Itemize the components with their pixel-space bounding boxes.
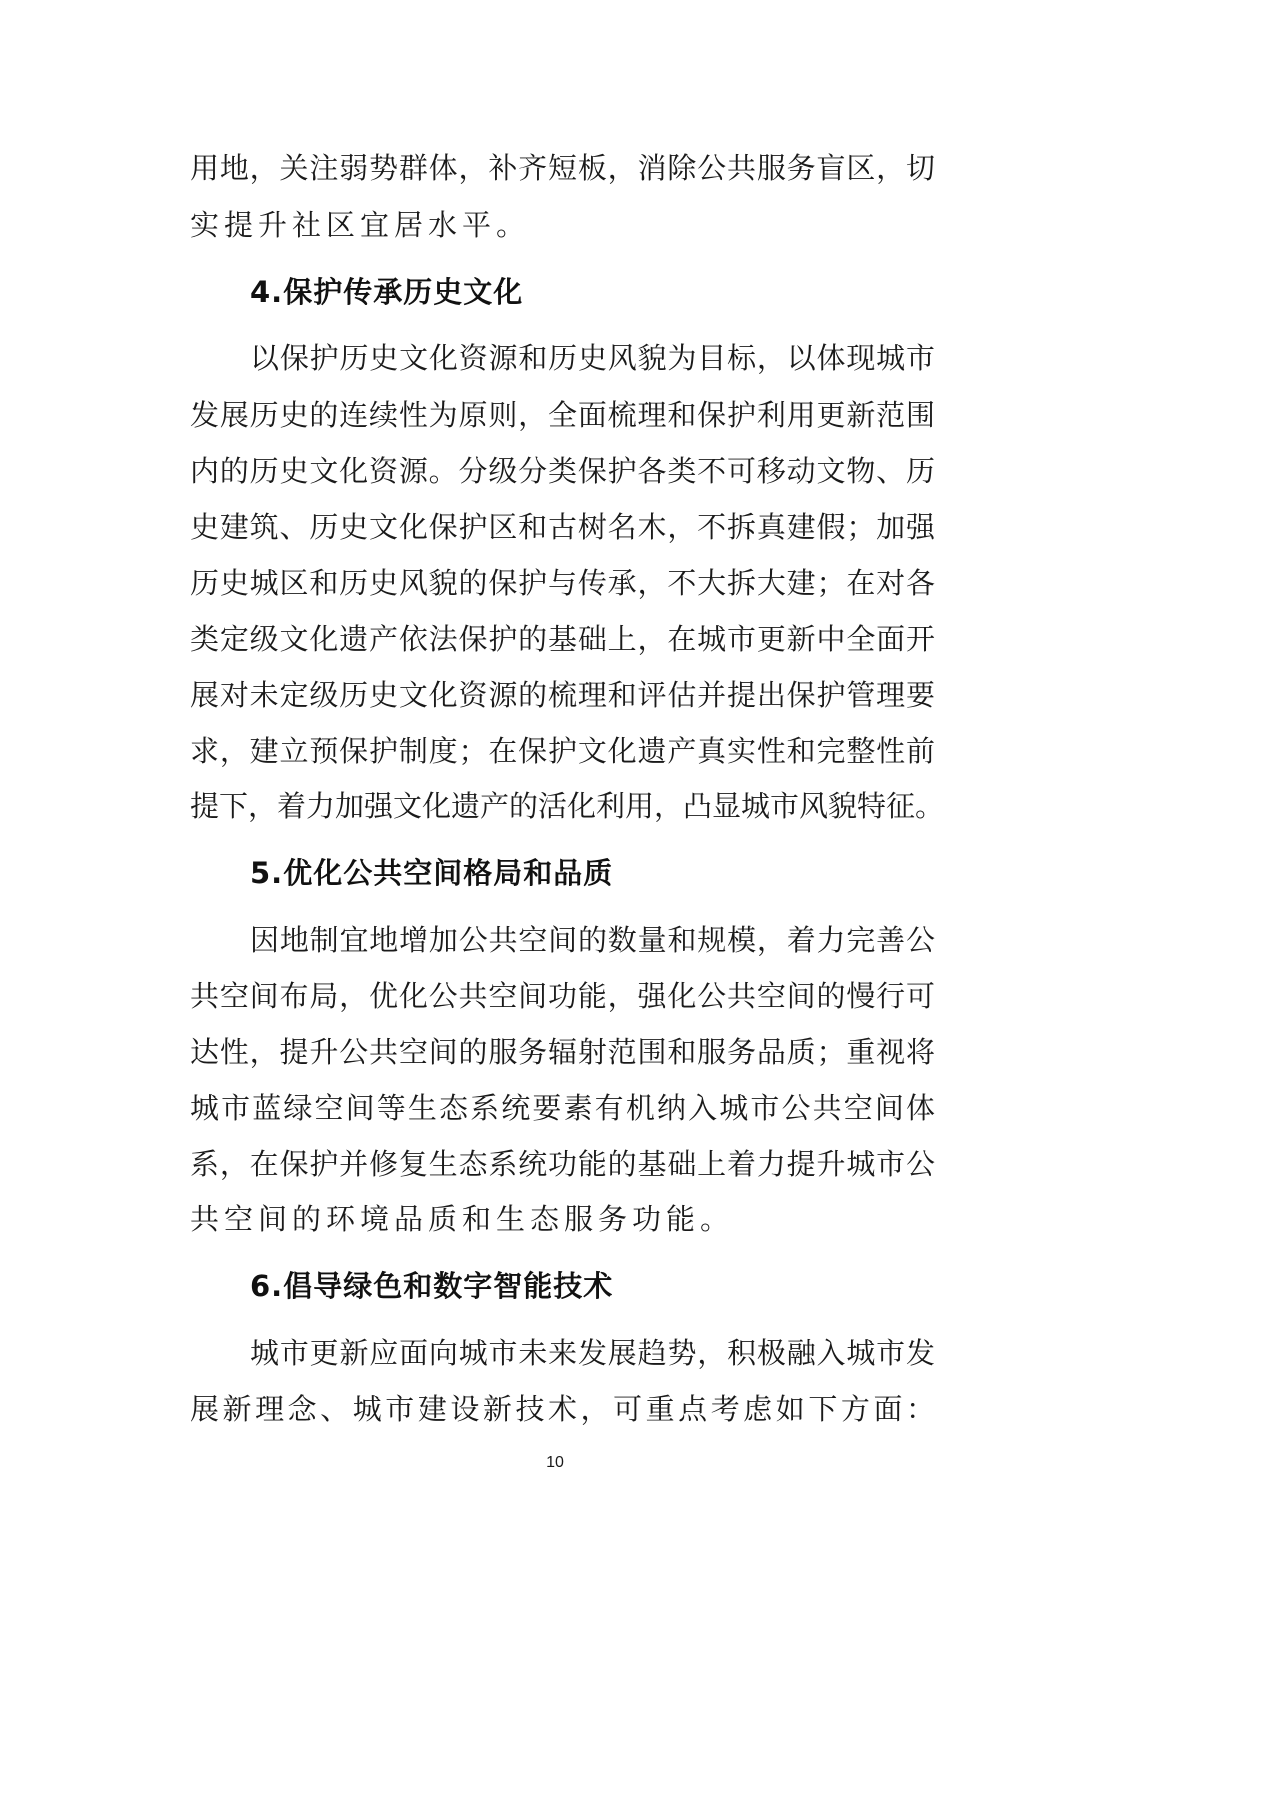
paragraph-line: 史建筑、历史文化保护区和古树名木，不拆真建假；加强: [190, 507, 935, 547]
paragraph-line: 共空间的环境品质和生态服务功能。: [190, 1199, 935, 1239]
paragraph-line: 城市蓝绿空间等生态系统要素有机纳入城市公共空间体: [190, 1088, 935, 1128]
paragraph-line: 提下，着力加强文化遗产的活化利用，凸显城市风貌特征。: [190, 786, 935, 826]
paragraph-line: 历史城区和历史风貌的保护与传承，不大拆大建；在对各: [190, 563, 935, 603]
paragraph-line: 求，建立预保护制度；在保护文化遗产真实性和完整性前: [190, 731, 935, 771]
paragraph-line: 展对未定级历史文化资源的梳理和评估并提出保护管理要: [190, 675, 935, 715]
paragraph-line: 因地制宜地增加公共空间的数量和规模，着力完善公: [250, 920, 935, 960]
paragraph-line: 以保护历史文化资源和历史风貌为目标，以体现城市: [250, 338, 935, 378]
paragraph-line: 发展历史的连续性为原则，全面梳理和保护利用更新范围: [190, 395, 935, 435]
paragraph-line: 城市更新应面向城市未来发展趋势，积极融入城市发: [250, 1333, 935, 1373]
paragraph-line: 达性，提升公共空间的服务辐射范围和服务品质；重视将: [190, 1032, 935, 1072]
paragraph-line: 实提升社区宜居水平。: [190, 205, 935, 245]
document-page: 用地，关注弱势群体，补齐短板，消除公共服务盲区，切 实提升社区宜居水平。 4.保…: [0, 0, 1280, 1810]
page-number: 10: [530, 1454, 580, 1472]
section-heading-5: 5.优化公共空间格局和品质: [250, 853, 613, 893]
paragraph-line: 类定级文化遗产依法保护的基础上，在城市更新中全面开: [190, 619, 935, 659]
paragraph-line: 内的历史文化资源。分级分类保护各类不可移动文物、历: [190, 451, 935, 491]
paragraph-line: 共空间布局，优化公共空间功能，强化公共空间的慢行可: [190, 976, 935, 1016]
section-heading-4: 4.保护传承历史文化: [250, 272, 523, 312]
paragraph-line: 展新理念、城市建设新技术，可重点考虑如下方面：: [190, 1389, 935, 1429]
paragraph-line: 系，在保护并修复生态系统功能的基础上着力提升城市公: [190, 1144, 935, 1184]
section-heading-6: 6.倡导绿色和数字智能技术: [250, 1266, 613, 1306]
paragraph-line: 用地，关注弱势群体，补齐短板，消除公共服务盲区，切: [190, 148, 935, 188]
